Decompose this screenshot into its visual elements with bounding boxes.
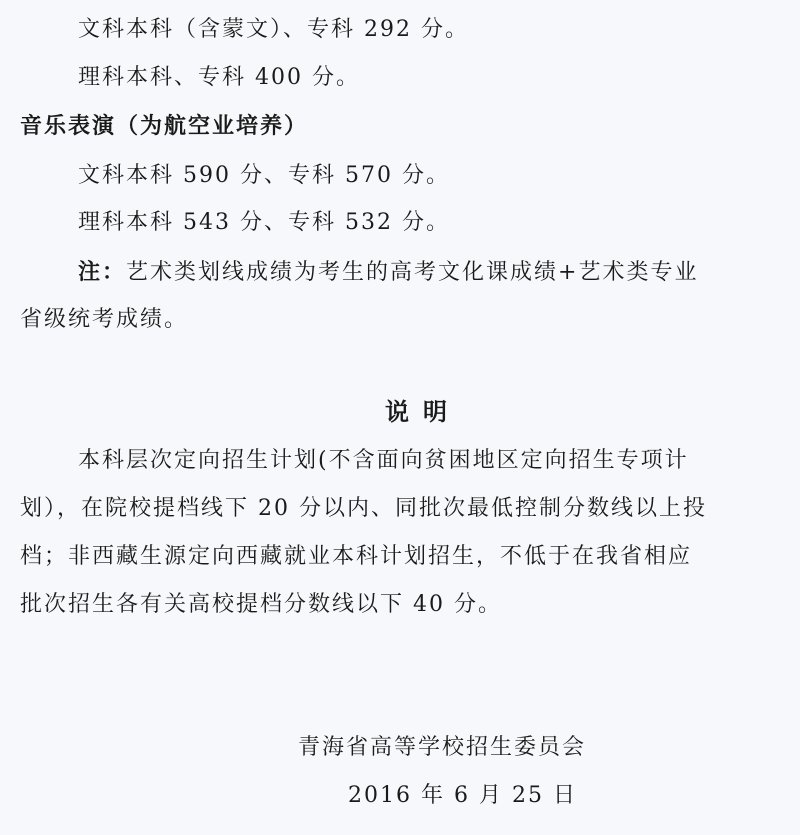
music-line-1: 文科本科 590 分、专科 570 分。 (78, 162, 450, 190)
note-line-1: 注：艺术类划线成绩为考生的高考文化课成绩+艺术类专业 (78, 259, 698, 287)
signature-date: 2016 年 6 月 25 日 (348, 782, 577, 810)
music-heading: 音乐表演（为航空业培养） (20, 113, 308, 141)
note-text-1: 艺术类划线成绩为考生的高考文化课成绩+艺术类专业 (126, 260, 698, 285)
music-line-2: 理科本科 543 分、专科 532 分。 (78, 209, 450, 237)
signature-organization: 青海省高等学校招生委员会 (298, 734, 586, 762)
note-line-2: 省级统考成绩。 (20, 306, 188, 334)
explanation-line-4: 批次招生各有关高校提档分数线以下 40 分。 (20, 591, 502, 619)
art-line-2: 理科本科、专科 400 分。 (78, 64, 360, 92)
explanation-line-1: 本科层次定向招生计划(不含面向贫困地区定向招生专项计 (78, 447, 689, 475)
note-label: 注： (78, 260, 126, 285)
explanation-line-2: 划），在院校提档线下 20 分以内、同批次最低控制分数线以上投 (20, 495, 707, 523)
explanation-title: 说明 (385, 398, 461, 426)
explanation-line-3: 档；非西藏生源定向西藏就业本科计划招生，不低于在我省相应 (20, 543, 692, 571)
art-line-1: 文科本科（含蒙文）、专科 292 分。 (78, 16, 469, 44)
